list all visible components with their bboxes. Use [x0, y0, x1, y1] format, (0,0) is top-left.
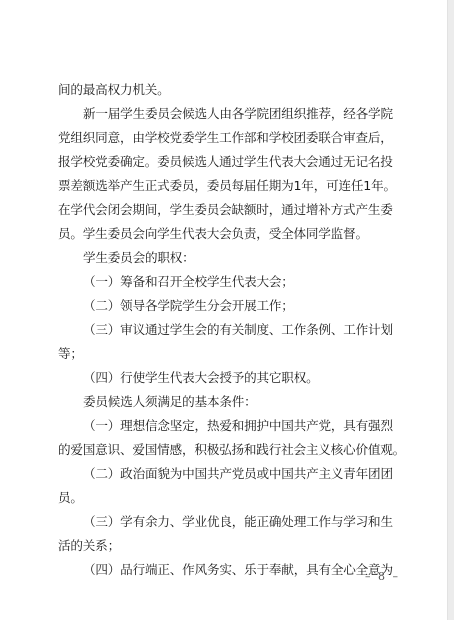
text-line: 报学校党委确定。委员候选人通过学生代表大会通过无记名投: [58, 150, 403, 174]
text-line: （一）筹备和召开全校学生代表大会；: [58, 270, 403, 294]
text-line: （四）品行端正、作风务实、乐于奉献，具有全心全意为: [58, 558, 403, 582]
document-page: 间的最高权力机关。 新一届学生委员会候选人由各学院团组织推荐，经各学院 党组织同…: [0, 0, 448, 620]
text-line: （三）审议通过学生会的有关制度、工作条例、工作计划: [58, 318, 403, 342]
text-line: 员。: [58, 486, 403, 510]
scrollbar-track[interactable]: [447, 0, 454, 620]
text-line: 的爱国意识、爱国情感，积极弘扬和践行社会主义核心价值观。: [58, 438, 403, 462]
text-line: 党组织同意，由学校党委学生工作部和学校团委联合审查后，: [58, 126, 403, 150]
text-line: 等；: [58, 342, 403, 366]
text-line: 票差额选举产生正式委员，委员每届任期为1年，可连任1年。: [58, 174, 403, 198]
text-line: 间的最高权力机关。: [58, 78, 403, 102]
text-line: 活的关系；: [58, 534, 403, 558]
text-line: （二）领导各学院学生分会开展工作；: [58, 294, 403, 318]
text-line: 新一届学生委员会候选人由各学院团组织推荐，经各学院: [58, 102, 403, 126]
text-line: （一）理想信念坚定，热爱和拥护中国共产党，具有强烈: [58, 414, 403, 438]
text-line: （四）行使学生代表大会授予的其它职权。: [58, 366, 403, 390]
document-body: 间的最高权力机关。 新一届学生委员会候选人由各学院团组织推荐，经各学院 党组织同…: [58, 78, 403, 582]
text-line: 在学代会闭会期间，学生委员会缺额时，通过增补方式产生委: [58, 198, 403, 222]
page-number: – 8 –: [365, 570, 400, 583]
text-line: 委员候选人须满足的基本条件：: [58, 390, 403, 414]
text-line: 员。学生委员会向学生代表大会负责，受全体同学监督。: [58, 222, 403, 246]
text-line: （三）学有余力、学业优良，能正确处理工作与学习和生: [58, 510, 403, 534]
text-line: （二）政治面貌为中国共产党员或中国共产主义青年团团: [58, 462, 403, 486]
text-line: 学生委员会的职权：: [58, 246, 403, 270]
